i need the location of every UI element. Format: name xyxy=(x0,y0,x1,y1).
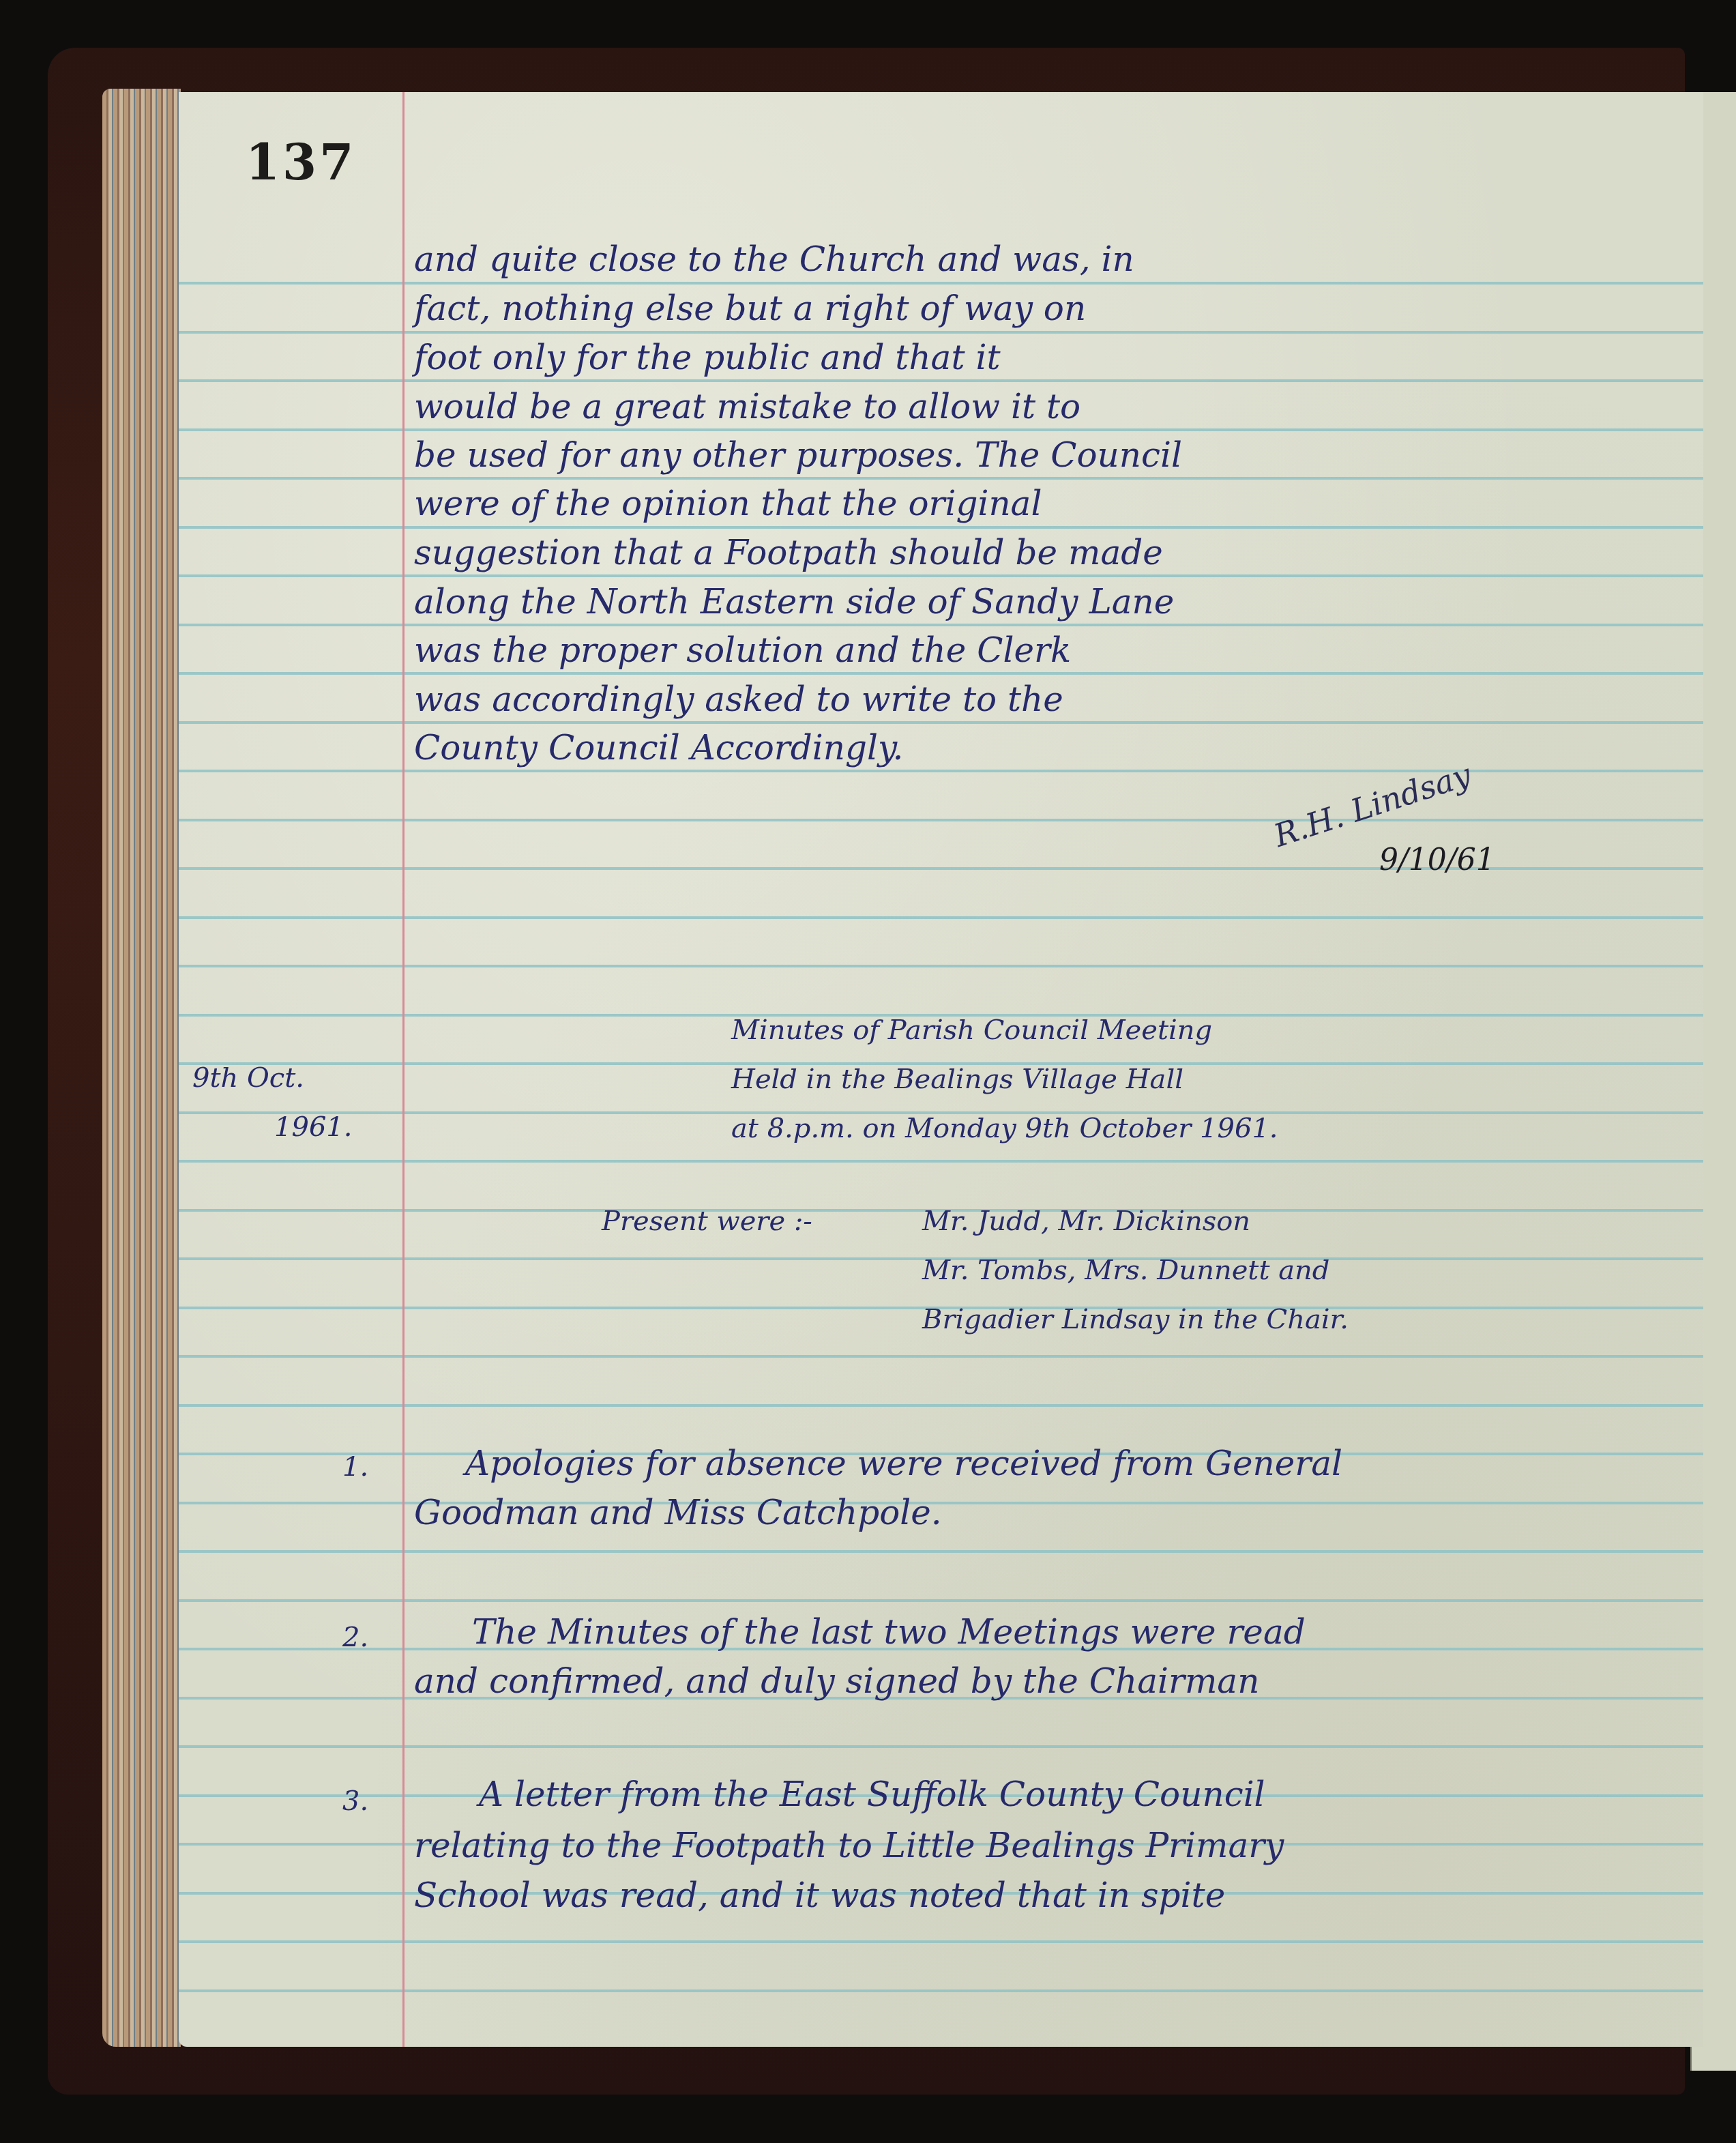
attendee-line: Mr. Tombs, Mrs. Dunnett and xyxy=(922,1247,1329,1295)
page-number: 137 xyxy=(246,133,356,191)
rule-line xyxy=(179,1940,1703,1943)
text-line: along the North Eastern side of Sandy La… xyxy=(414,578,1174,626)
rule-line xyxy=(179,819,1703,821)
rule-line xyxy=(179,770,1703,772)
text-line: County Council Accordingly. xyxy=(414,724,903,772)
item-line: School was read, and it was noted that i… xyxy=(414,1871,1225,1920)
rule-line xyxy=(179,916,1703,919)
rule-line xyxy=(179,1550,1703,1553)
text-line: suggestion that a Footpath should be mad… xyxy=(414,529,1163,577)
text-line: was the proper solution and the Clerk xyxy=(414,626,1071,675)
present-label: Present were :- xyxy=(602,1197,812,1246)
rule-line xyxy=(179,1160,1703,1163)
item-line: Goodman and Miss Catchpole. xyxy=(414,1489,942,1537)
text-line: foot only for the public and that it xyxy=(414,334,1001,382)
heading-line: Minutes of Parish Council Meeting xyxy=(731,1006,1212,1055)
item-line: A letter from the East Suffolk County Co… xyxy=(479,1770,1265,1819)
rule-line xyxy=(179,965,1703,967)
text-line: and quite close to the Church and was, i… xyxy=(414,235,1134,284)
attendee-line: Brigadier Lindsay in the Chair. xyxy=(922,1296,1349,1344)
heading-line: at 8.p.m. on Monday 9th October 1961. xyxy=(731,1105,1278,1153)
item-number: 2. xyxy=(342,1614,368,1662)
signature-date: 9/10/61 xyxy=(1379,836,1495,884)
rule-line xyxy=(179,1355,1703,1358)
text-line: were of the opinion that the original xyxy=(414,480,1042,528)
margin-line xyxy=(402,92,404,2047)
item-number: 3. xyxy=(342,1777,368,1826)
margin-date-day-month: 9th Oct. xyxy=(192,1054,304,1103)
item-line: The Minutes of the last two Meetings wer… xyxy=(472,1608,1306,1657)
heading-line: Held in the Bealings Village Hall xyxy=(731,1055,1183,1104)
rule-line xyxy=(179,1989,1703,1992)
rule-line xyxy=(179,1745,1703,1748)
item-line: Apologies for absence were received from… xyxy=(465,1440,1342,1488)
text-line: be used for any other purposes. The Coun… xyxy=(414,431,1182,480)
item-line: relating to the Footpath to Little Beali… xyxy=(414,1822,1284,1870)
margin-date-year: 1961. xyxy=(274,1103,353,1152)
text-line: was accordingly asked to write to the xyxy=(414,675,1063,724)
rule-line xyxy=(179,1599,1703,1602)
text-line: would be a great mistake to allow it to xyxy=(414,383,1080,431)
rule-line xyxy=(179,1404,1703,1407)
item-number: 1. xyxy=(342,1443,368,1491)
page-edges xyxy=(102,89,181,2047)
notebook-page: 137 and quite close to the Church and wa… xyxy=(179,92,1703,2047)
text-line: fact, nothing else but a right of way on xyxy=(414,285,1086,333)
attendee-line: Mr. Judd, Mr. Dickinson xyxy=(922,1197,1250,1246)
item-line: and confirmed, and duly signed by the Ch… xyxy=(414,1657,1259,1706)
